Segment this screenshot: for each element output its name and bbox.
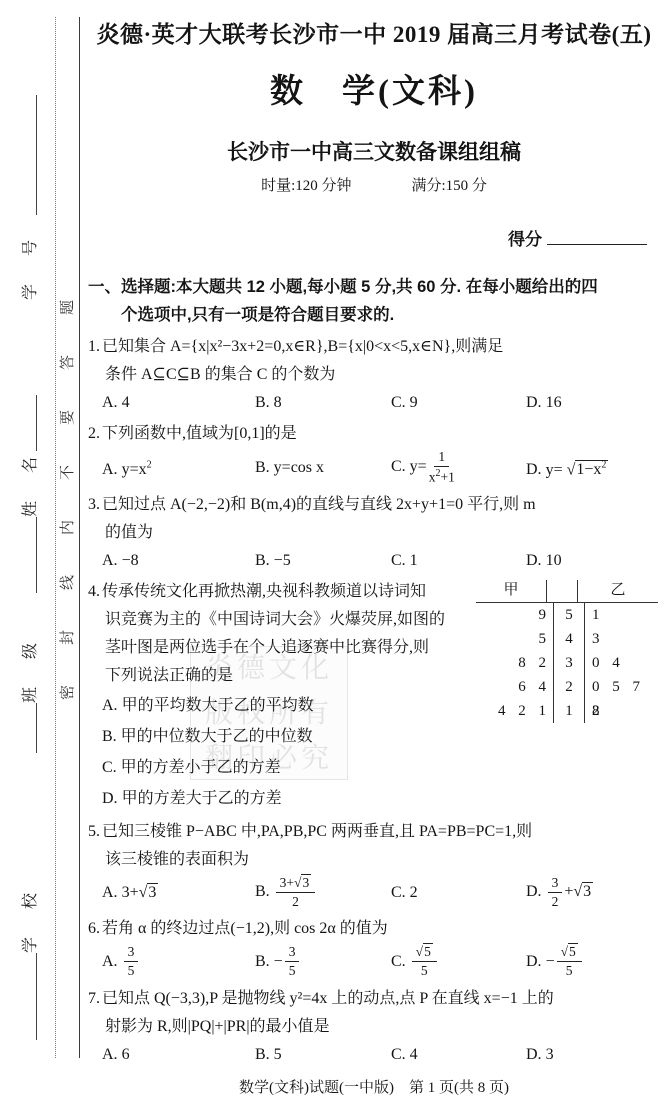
exam-paper-page: { "page": { "header_line": "炎德·英才大联考长沙市一…	[0, 0, 668, 1113]
option: C.甲的方差小于乙的方差	[102, 752, 472, 783]
option-label: D.	[526, 394, 542, 411]
stem-leaf-header-stem	[546, 580, 578, 602]
stem-text: 的值为	[105, 524, 153, 541]
option-label: D.	[526, 552, 542, 569]
fraction-denominator: 5	[289, 962, 296, 979]
fraction-numerator: 3	[548, 875, 563, 893]
option-label: A.	[102, 697, 118, 714]
option-label: C.	[391, 884, 406, 901]
question-list: 1.已知集合 A={x|x²−3x+2=0,x∈R},B={x|0<x<5,x∈…	[88, 333, 660, 1068]
section-header: 一、选择题:本大题共 12 小题,每小题 5 分,共 60 分. 在每小题给出的…	[88, 273, 660, 329]
question-stem-line: 6.若角 α 的终边过点(−1,2),则 cos 2α 的值为	[88, 915, 660, 943]
option-value: 10	[546, 552, 562, 569]
subject-title: 数 学(文科)	[88, 65, 660, 112]
question: 3.已知过点 A(−2,−2)和 B(m,4)的直线与直线 2x+y+1=0 平…	[88, 491, 660, 574]
question: 1.已知集合 A={x|x²−3x+2=0,x∈R},B={x|0<x<5,x∈…	[88, 333, 660, 416]
stem-leaf-row: 951	[476, 603, 658, 627]
option-value: 甲的中位数大于乙的中位数	[121, 728, 313, 745]
yi-leaves: 3	[585, 627, 658, 651]
option-label: D.	[526, 883, 542, 900]
option-label: C.	[391, 953, 406, 970]
option: C.y=1x2+1	[391, 448, 526, 487]
option-label: A.	[102, 394, 118, 411]
option-value: y=cos x	[274, 459, 324, 476]
jia-leaves: 8 2	[476, 651, 553, 675]
radical-sign: √	[573, 883, 582, 900]
exam-content: 炎德·英才大联考长沙市一中 2019 届高三月考试卷(五) 数 学(文科) 长沙…	[88, 0, 660, 1072]
fraction-numerator: 1	[434, 449, 449, 467]
option-value: 3	[546, 1046, 554, 1063]
question-stem-line: 茎叶图是两位选手在个人追逐赛中比赛得分,则	[88, 634, 472, 662]
sqrt-expression: √3	[294, 874, 311, 890]
fraction: 3+√32	[276, 875, 316, 910]
question-number: 7.	[88, 990, 100, 1007]
stem-text: 下列说法正确的是	[105, 667, 233, 684]
option-value: y=1x2+1	[410, 458, 457, 475]
fraction-numerator: √5	[412, 944, 437, 962]
option-value: 9	[410, 394, 418, 411]
option-value: 1	[410, 552, 418, 569]
jia-leaves: 6 4	[476, 675, 553, 699]
option: A.4	[102, 389, 255, 416]
fraction: √55	[412, 944, 437, 979]
question-stem-line: 下列说法正确的是	[88, 662, 472, 690]
question: 5.已知三棱锥 P−ABC 中,PA,PB,PC 两两垂直,且 PA=PB=PC…	[88, 818, 660, 911]
radicand: 1−x2	[575, 460, 608, 478]
option-label: D.	[102, 790, 118, 807]
option-label: C.	[102, 759, 117, 776]
radicand: 5	[423, 943, 433, 959]
yi-leaves: 0 5 7 8	[585, 675, 658, 699]
field-underline	[19, 395, 37, 451]
option: B.5	[255, 1041, 391, 1068]
option-value: y= √1−x2	[546, 460, 609, 478]
stem-leaf-row: 4 2 112	[476, 699, 658, 723]
field-underline	[19, 953, 37, 1040]
options-row: A.y=x2B.y=cos xC.y=1x2+1D.y= √1−x2	[88, 448, 660, 487]
fraction-numerator: 3	[124, 944, 139, 962]
stem-text: 条件 A⊆C⊆B 的集合 C 的个数为	[105, 366, 335, 383]
option-label: D.	[526, 953, 542, 970]
student-info-strip: 学 校 班 级 姓 名 学 号	[4, 0, 52, 1056]
question-stem-line: 3.已知过点 A(−2,−2)和 B(m,4)的直线与直线 2x+y+1=0 平…	[88, 491, 660, 519]
section-header-line1: 一、选择题:本大题共 12 小题,每小题 5 分,共 60 分. 在每小题给出的…	[88, 273, 660, 301]
authoring-group-line: 长沙市一中高三文数备课组组稿	[88, 136, 660, 166]
sqrt-expression: √3	[573, 882, 593, 900]
radicand: 3	[582, 882, 593, 900]
duration-and-score-line: 时量:120 分钟 满分:150 分	[88, 174, 660, 195]
options-row: A.4B.8C.9D.16	[88, 389, 660, 416]
question-stem-line: 的值为	[88, 519, 660, 547]
stem-leaf-row: 6 420 5 7 8	[476, 675, 658, 699]
option: D.−√55	[526, 943, 660, 980]
option-value: −35	[274, 953, 302, 970]
options-row: A.35B.−35C.√55D.−√55	[88, 943, 660, 980]
options-row: A.甲的平均数大于乙的平均数B.甲的中位数大于乙的中位数C.甲的方差小于乙的方差…	[88, 690, 472, 814]
question-stem-line: 1.已知集合 A={x|x²−3x+2=0,x∈R},B={x|0<x<5,x∈…	[88, 333, 660, 361]
yi-leaves: 0 4	[585, 651, 658, 675]
option-value: 甲的平均数大于乙的平均数	[122, 697, 314, 714]
question-number: 6.	[88, 920, 100, 937]
option-value: −5	[274, 552, 291, 569]
stem-text: 识竞赛为主的《中国诗词大会》火爆荧屏,如图的	[105, 611, 445, 628]
fraction: 1x2+1	[429, 449, 455, 486]
jia-leaves: 5	[476, 627, 553, 651]
option: B.−5	[255, 547, 391, 574]
fraction-numerator: 3	[285, 944, 300, 962]
option: C.4	[391, 1041, 526, 1068]
option-value: 4	[122, 394, 130, 411]
stem-text: 已知过点 A(−2,−2)和 B(m,4)的直线与直线 2x+y+1=0 平行,…	[102, 496, 536, 513]
school-field-label: 学 校	[17, 887, 40, 953]
option: C.√55	[391, 943, 526, 980]
radicand: 3	[147, 883, 158, 901]
stem-leaf-row: 543	[476, 627, 658, 651]
section-header-line2: 个选项中,只有一项是符合题目要求的.	[88, 301, 660, 329]
question-stem-line: 4.传承传统文化再掀热潮,央视科教频道以诗词知	[88, 578, 472, 606]
option-value: 甲的方差小于乙的方差	[121, 759, 281, 776]
option: D.32+√3	[526, 874, 660, 911]
option-label: A.	[102, 461, 118, 478]
fraction-denominator: 2	[552, 893, 559, 910]
option-label: A.	[102, 552, 118, 569]
option: D.3	[526, 1041, 660, 1068]
question-stem-line: 识竞赛为主的《中国诗词大会》火爆荧屏,如图的	[88, 606, 472, 634]
option-value: 4	[410, 1046, 418, 1063]
stem-text: 该三棱锥的表面积为	[105, 851, 249, 868]
option: B.y=cos x	[255, 454, 391, 481]
radicand: 5	[568, 943, 578, 959]
stem-text: 已知点 Q(−3,3),P 是抛物线 y²=4x 上的动点,点 P 在直线 x=…	[102, 990, 554, 1007]
option: B.3+√32	[255, 874, 391, 911]
stem-leaf-header-yi: 乙	[578, 580, 658, 602]
option-label: C.	[391, 458, 406, 475]
question-stem-line: 7.已知点 Q(−3,3),P 是抛物线 y²=4x 上的动点,点 P 在直线 …	[88, 985, 660, 1013]
fraction: 35	[124, 944, 139, 979]
option-value: −8	[122, 552, 139, 569]
option: C.9	[391, 389, 526, 416]
option-value: √55	[410, 953, 439, 970]
option-value: 32+√3	[546, 883, 594, 900]
stem-text: 已知三棱锥 P−ABC 中,PA,PB,PC 两两垂直,且 PA=PB=PC=1…	[102, 823, 532, 840]
option: C.1	[391, 547, 526, 574]
score-row: 得分	[88, 225, 660, 251]
stem-value: 2	[553, 675, 585, 699]
option: A.35	[102, 943, 255, 980]
option-label: B.	[255, 1046, 270, 1063]
stem-leaf-row: 8 230 4	[476, 651, 658, 675]
stem-leaf-header-jia: 甲	[476, 580, 546, 602]
option-value: 甲的方差大于乙的方差	[122, 790, 282, 807]
option: D.y= √1−x2	[526, 452, 660, 483]
option: D.16	[526, 389, 660, 416]
option-label: D.	[526, 1046, 542, 1063]
option-value: 2	[410, 884, 418, 901]
fraction-denominator: x2+1	[429, 467, 455, 486]
option-value: 5	[274, 1046, 282, 1063]
fraction: 32	[548, 875, 563, 910]
student-id-field-label: 学 号	[17, 234, 40, 300]
option-label: D.	[526, 461, 542, 478]
sqrt-expression: √1−x2	[567, 460, 609, 478]
page-footer: 数学(文科)试题(一中版) 第 1 页(共 8 页)	[88, 1076, 660, 1097]
jia-leaves: 9	[476, 603, 553, 627]
fraction-denominator: 5	[421, 962, 428, 979]
question-number: 1.	[88, 338, 100, 355]
question-number: 3.	[88, 496, 100, 513]
score-label: 得分	[508, 230, 542, 249]
question: 4.传承传统文化再掀热潮,央视科教频道以诗词知识竞赛为主的《中国诗词大会》火爆荧…	[88, 578, 660, 814]
stem-text: 传承传统文化再掀热潮,央视科教频道以诗词知	[102, 583, 426, 600]
stem-text: 茎叶图是两位选手在个人追逐赛中比赛得分,则	[105, 639, 429, 656]
option-label: C.	[391, 552, 406, 569]
question-number: 5.	[88, 823, 100, 840]
stem-value: 3	[553, 651, 585, 675]
stem-value: 1	[553, 699, 585, 723]
fraction-numerator: √5	[557, 944, 582, 962]
question-stem-line: 2.下列函数中,值域为[0,1]的是	[88, 420, 660, 448]
field-underline	[19, 703, 37, 753]
option-value: −√55	[546, 953, 584, 970]
fraction-denominator: 5	[566, 962, 573, 979]
option-label: B.	[255, 953, 270, 970]
option-label: A.	[102, 884, 118, 901]
option-label: B.	[255, 394, 270, 411]
question-stem-line: 条件 A⊆C⊆B 的集合 C 的个数为	[88, 361, 660, 389]
question: 7.已知点 Q(−3,3),P 是抛物线 y²=4x 上的动点,点 P 在直线 …	[88, 985, 660, 1068]
option-value: 35	[122, 953, 141, 970]
question: 6.若角 α 的终边过点(−1,2),则 cos 2α 的值为A.35B.−35…	[88, 915, 660, 980]
question: 2.下列函数中,值域为[0,1]的是A.y=x2B.y=cos xC.y=1x2…	[88, 420, 660, 487]
option-value: 8	[274, 394, 282, 411]
exam-series-title: 炎德·英才大联考长沙市一中 2019 届高三月考试卷(五)	[88, 16, 660, 49]
field-underline	[19, 95, 37, 215]
seal-solid-line	[79, 17, 80, 1058]
question-stem-line: 射影为 R,则|PQ|+|PR|的最小值是	[88, 1013, 660, 1041]
fraction-denominator: 5	[128, 962, 135, 979]
option: B.甲的中位数大于乙的中位数	[102, 721, 472, 752]
superscript: 2	[147, 460, 152, 471]
option: A.y=x2	[102, 452, 255, 483]
question-stem-line: 5.已知三棱锥 P−ABC 中,PA,PB,PC 两两垂直,且 PA=PB=PC…	[88, 818, 660, 846]
radical-sign: √	[561, 944, 568, 959]
option-label: A.	[102, 1046, 118, 1063]
option: D.10	[526, 547, 660, 574]
option: B.−35	[255, 943, 391, 980]
option: C.2	[391, 879, 526, 906]
option: D.甲的方差大于乙的方差	[102, 783, 472, 814]
stem-value: 5	[553, 603, 585, 627]
option: A.−8	[102, 547, 255, 574]
option: A.6	[102, 1041, 255, 1068]
option-label: A.	[102, 953, 118, 970]
radical-sign: √	[416, 944, 423, 959]
option: B.8	[255, 389, 391, 416]
option-label: B.	[255, 883, 270, 900]
superscript: 2	[435, 468, 440, 479]
options-row: A.−8B.−5C.1D.10	[88, 547, 660, 574]
option-value: y=x2	[122, 461, 152, 478]
stem-text: 下列函数中,值域为[0,1]的是	[102, 425, 297, 442]
stem-text: 已知集合 A={x|x²−3x+2=0,x∈R},B={x|0<x<5,x∈N}…	[102, 338, 503, 355]
option: A.3+√3	[102, 879, 255, 906]
stem-leaf-figure: 甲乙9515438 230 46 420 5 7 84 2 112	[476, 580, 658, 723]
question-number: 2.	[88, 425, 100, 442]
option-label: C.	[391, 394, 406, 411]
stem-value: 4	[553, 627, 585, 651]
option-label: B.	[102, 728, 117, 745]
option-value: 6	[122, 1046, 130, 1063]
option-label: B.	[255, 459, 270, 476]
option-value: 16	[546, 394, 562, 411]
fraction-numerator: 3+√3	[276, 875, 316, 893]
option-label: C.	[391, 1046, 406, 1063]
question-number: 4.	[88, 583, 100, 600]
jia-leaves: 4 2 1	[476, 699, 553, 723]
sqrt-expression: √5	[416, 943, 433, 959]
field-underline	[19, 517, 37, 593]
yi-leaves: 2	[585, 699, 658, 723]
score-blank-line	[547, 227, 647, 245]
stem-text: 若角 α 的终边过点(−1,2),则 cos 2α 的值为	[102, 920, 388, 937]
options-row: A.3+√3B.3+√32C.2D.32+√3	[88, 874, 660, 911]
stem-text: 射影为 R,则|PQ|+|PR|的最小值是	[105, 1018, 330, 1035]
options-row: A.6B.5C.4D.3	[88, 1041, 660, 1068]
fraction: 35	[285, 944, 300, 979]
superscript: 2	[601, 460, 606, 471]
sqrt-expression: √5	[561, 943, 578, 959]
fraction: √55	[557, 944, 582, 979]
option-value: 3+√32	[274, 883, 318, 900]
stem-leaf-header: 甲乙	[476, 580, 658, 603]
option-value: 3+√3	[122, 883, 159, 901]
seal-text: 密封线内不要答题	[53, 0, 79, 1056]
radicand: 3	[301, 874, 311, 890]
fraction-denominator: 2	[292, 893, 299, 910]
option: A.甲的平均数大于乙的平均数	[102, 690, 472, 721]
option-label: B.	[255, 552, 270, 569]
class-field-label: 班 级	[17, 637, 40, 703]
sqrt-expression: √3	[139, 883, 159, 901]
name-field-label: 姓 名	[17, 451, 40, 517]
yi-leaves: 1	[585, 603, 658, 627]
question-stem-line: 该三棱锥的表面积为	[88, 846, 660, 874]
